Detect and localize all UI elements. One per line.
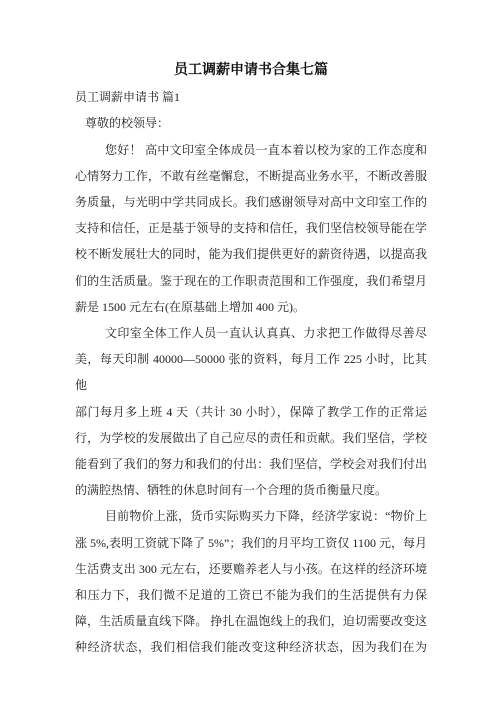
body-line: 文印室全体工作人员一直认认真真、力求把工作做得尽善尽 (75, 320, 427, 346)
body-line: 和压力下，我们微不足道的工资已不能为我们的生活提供有力保 (75, 582, 427, 608)
body-line: 部门每月多上班 4 天（共计 30 小时），保障了教学工作的正常运 (75, 399, 427, 425)
body-line: 行，为学校的发展做出了自己应尽的责任和贡献。我们坚信，学校 (75, 425, 427, 451)
body-line: 生活费支出 300 元左右，还要赡养老人与小孩。在这样的经济环境 (75, 556, 427, 582)
body-line: 务质量，与光明中学共同成长。我们感谢领导对高中文印室工作的 (75, 189, 427, 215)
body-line: 心情努力工作，不敢有丝毫懈怠，不断提高业务水平，不断改善服 (75, 163, 427, 189)
salutation: 尊敬的校领导： (75, 110, 427, 136)
document-page: 员工调薪申请书合集七篇 员工调薪申请书 篇1 尊敬的校领导： 您好！ 高中文印室… (0, 0, 500, 707)
body-line: 能看到了我们的努力和我们的付出：我们坚信，学校会对我们付出 (75, 451, 427, 477)
body-line: 们的生活质量。鉴于现在的工作职责范围和工作强度，我们希望月 (75, 268, 427, 294)
body-line: 障，生活质量直线下降。 挣扎在温饱线上的我们，迫切需要改变这 (75, 608, 427, 634)
body-line: 校不断发展壮大的同时，能为我们提供更好的薪资待遇，以提高我 (75, 241, 427, 267)
body-line: 您好！ 高中文印室全体成员一直本着以校为家的工作态度和 (75, 137, 427, 163)
document-text-column: 员工调薪申请书合集七篇 员工调薪申请书 篇1 尊敬的校领导： 您好！ 高中文印室… (75, 58, 427, 661)
body-line: 美，每天印制 40000—50000 张的资料，每月工作 225 小时，比其他 (75, 346, 427, 398)
document-title: 员工调薪申请书合集七篇 (75, 58, 427, 84)
body-line: 目前物价上涨，货币实际购买力下降，经济学家说：“物价上 (75, 503, 427, 529)
body-line: 种经济状态，我们相信我们能改变这种经济状态，因为我们在为 (75, 634, 427, 660)
body-line: 薪是 1500 元左右(在原基础上增加 400 元)。 (75, 294, 427, 320)
section-heading: 员工调薪申请书 篇1 (75, 84, 427, 110)
body-line: 支持和信任，正是基于领导的支持和信任，我们坚信校领导能在学 (75, 215, 427, 241)
body-line: 涨 5%,表明工资就下降了 5%”；我们的月平均工资仅 1100 元，每月 (75, 530, 427, 556)
body-line: 的满腔热情、牺牲的休息时间有一个合理的货币衡量尺度。 (75, 477, 427, 503)
